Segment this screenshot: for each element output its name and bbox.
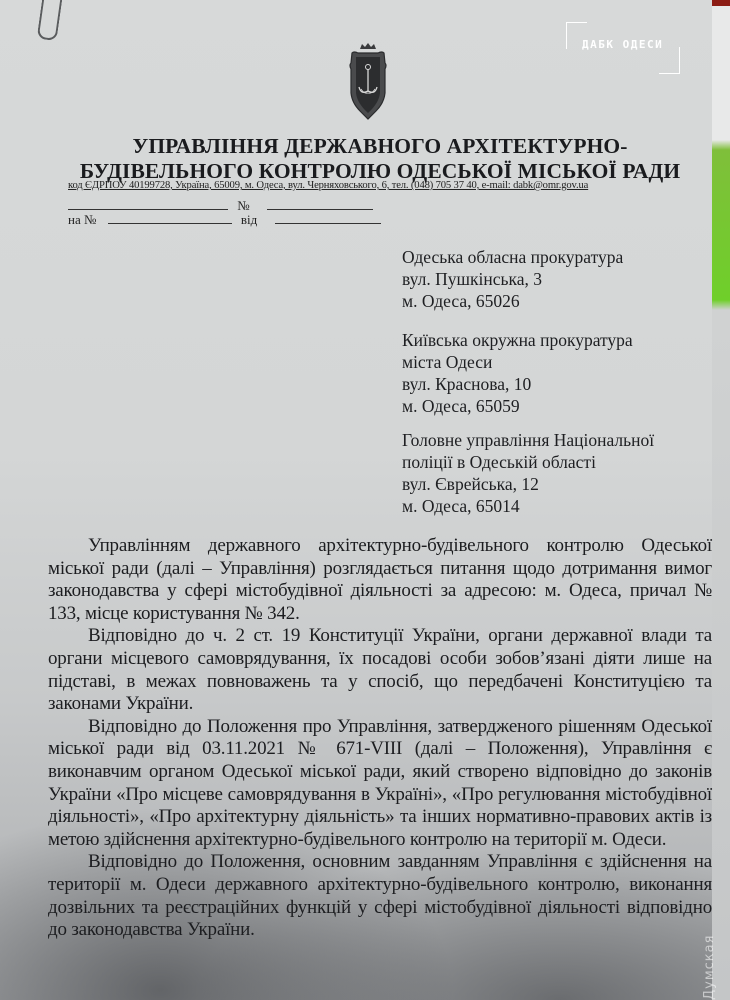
body-paragraph: Відповідно до Положення про Управління, … [48, 716, 712, 852]
recipient-police: Головне управління Національної поліції … [402, 429, 654, 517]
letterhead-contacts: код ЄДРПОУ 40199728, Україна, 65009, м. … [68, 180, 698, 191]
letterhead-title-line1: УПРАВЛІННЯ ДЕРЖАВНОГО АРХІТЕКТУРНО- [60, 134, 700, 159]
letter-body: Управлінням державного архітектурно-буді… [48, 535, 712, 942]
letterhead-title: УПРАВЛІННЯ ДЕРЖАВНОГО АРХІТЕКТУРНО- БУДІ… [60, 134, 700, 184]
reply-to-number-blank [108, 213, 232, 224]
recipient-line: м. Одеса, 65059 [402, 395, 633, 417]
recipient-line: вул. Пушкінська, 3 [402, 268, 623, 290]
recipient-line: м. Одеса, 65026 [402, 290, 623, 312]
background-edge [712, 0, 730, 1000]
recipient-line: м. Одеса, 65014 [402, 495, 654, 517]
recipient-prosecutor-district: Київська окружна прокуратура міста Одеси… [402, 329, 633, 417]
body-paragraph: Управлінням державного архітектурно-буді… [48, 535, 712, 625]
reply-to-line: на № від [68, 212, 381, 228]
recipient-line: вул. Єврейська, 12 [402, 473, 654, 495]
brand-watermark-text: ДАБК ОДЕСИ [582, 38, 663, 51]
number-label: № [237, 198, 249, 213]
recipient-line: Головне управління Національної [402, 429, 654, 451]
recipient-line: поліції в Одеській області [402, 451, 654, 473]
brand-watermark: ДАБК ОДЕСИ [566, 22, 680, 74]
reply-to-label: на № [68, 212, 96, 227]
recipient-prosecutor-regional: Одеська обласна прокуратура вул. Пушкінс… [402, 246, 623, 312]
reply-to-date-blank [275, 213, 381, 224]
recipient-line: вул. Краснова, 10 [402, 373, 633, 395]
recipient-line: Київська окружна прокуратура [402, 329, 633, 351]
outgoing-number-blank [267, 199, 373, 210]
date-label: від [241, 212, 257, 227]
body-paragraph: Відповідно до ч. 2 ст. 19 Конституції Ук… [48, 625, 712, 715]
side-watermark: Думская [702, 935, 717, 1000]
outgoing-date-blank [68, 199, 228, 210]
recipient-line: міста Одеси [402, 351, 633, 373]
odesa-coat-of-arms-icon [348, 43, 388, 123]
body-paragraph: Відповідно до Положення, основним завдан… [48, 851, 712, 941]
recipient-line: Одеська обласна прокуратура [402, 246, 623, 268]
